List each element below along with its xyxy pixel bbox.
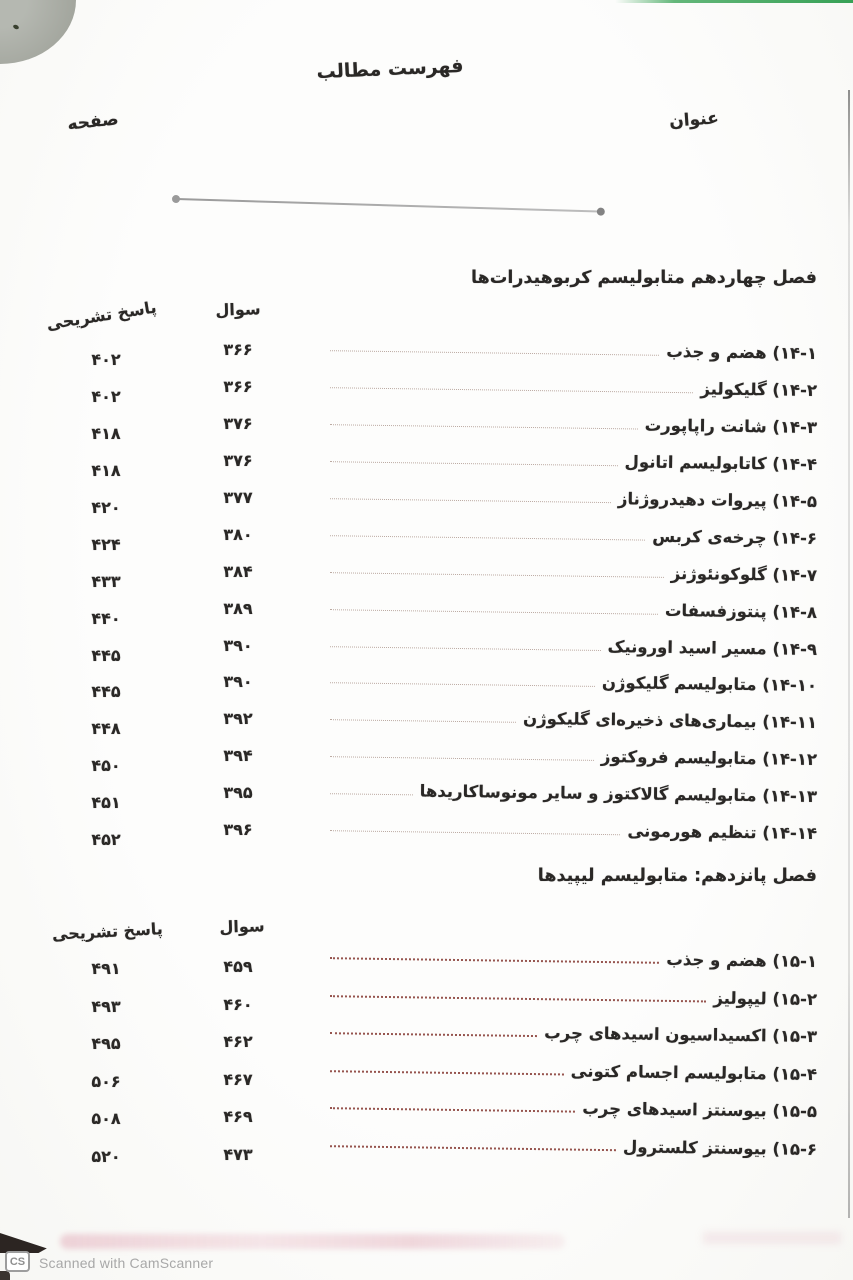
question-page-number: ۳۶۶ bbox=[206, 340, 270, 359]
toc-entry: ۴۴۵ ۳۹۰ ۱۴-۹) مسیر اسید اورونیک bbox=[0, 636, 853, 670]
scan-pink-smudge bbox=[60, 1234, 565, 1249]
leader-line bbox=[330, 535, 645, 540]
leader-line bbox=[330, 957, 659, 964]
answer-page-number: ۴۴۵ bbox=[74, 682, 138, 701]
leader-line bbox=[330, 387, 693, 393]
entry-label: ۱۴-۷) گلوکونئوژنز bbox=[671, 564, 817, 585]
question-page-number: ۳۹۵ bbox=[206, 783, 270, 802]
question-column-header: سوال bbox=[208, 299, 269, 320]
entry-label: ۱۴-۱۳) متابولیسم گالاکتوز و سایر مونوساک… bbox=[420, 781, 818, 806]
scan-pink-smudge bbox=[703, 1232, 841, 1244]
question-page-number: ۴۶۰ bbox=[206, 995, 270, 1014]
entry-label: ۱۴-۸) پنتوزفسفات bbox=[665, 601, 817, 622]
leader-line bbox=[330, 756, 594, 761]
toc-entry: ۴۱۸ ۳۷۶ ۱۴-۳) شانت راپاپورت bbox=[0, 414, 853, 448]
entry-label: ۱۵-۴) متابولیسم اجسام کتونی bbox=[571, 1062, 818, 1084]
leader-line bbox=[330, 1107, 575, 1112]
toc-entry: ۴۲۴ ۳۸۰ ۱۴-۶) چرخه‌ی کربس bbox=[0, 525, 853, 559]
entry-label: ۱۵-۲) لیپولیز bbox=[713, 989, 817, 1009]
entry-label: ۱۴-۱) هضم و جذب bbox=[666, 342, 817, 363]
answer-page-number: ۴۴۰ bbox=[74, 609, 138, 628]
entry-line: ۱۴-۱۴) تنظیم هورمونی bbox=[330, 817, 817, 843]
toc-entry: ۴۲۰ ۳۷۷ ۱۴-۵) پیروات دهیدروژناز bbox=[0, 488, 853, 522]
scan-corner-shadow bbox=[0, 0, 76, 64]
answer-page-number: ۴۴۵ bbox=[74, 646, 138, 665]
toc-entry: ۴۰۲ ۳۶۶ ۱۴-۲) گلیکولیز bbox=[0, 377, 853, 411]
toc-entry: ۴۳۳ ۳۸۴ ۱۴-۷) گلوکونئوژنز bbox=[0, 562, 853, 596]
question-page-number: ۴۶۷ bbox=[206, 1070, 270, 1089]
leader-line bbox=[330, 1032, 537, 1037]
leader-line bbox=[330, 498, 611, 503]
scanned-page: فهرست مطالب عنوان صفحه فصل چهاردهم متابو… bbox=[0, 0, 853, 1280]
answer-page-number: ۴۰۲ bbox=[74, 350, 138, 369]
leader-line bbox=[330, 830, 620, 835]
question-page-number: ۳۸۰ bbox=[206, 525, 270, 544]
leader-line bbox=[330, 572, 664, 578]
question-page-number: ۳۷۷ bbox=[206, 488, 270, 507]
answer-page-number: ۴۱۸ bbox=[74, 461, 138, 480]
answer-page-number: ۴۵۲ bbox=[74, 830, 138, 849]
leader-line bbox=[330, 1070, 564, 1075]
question-page-number: ۳۸۴ bbox=[206, 562, 270, 581]
answer-page-number: ۵۲۰ bbox=[74, 1147, 138, 1166]
entry-line: ۱۴-۱۳) متابولیسم گالاکتوز و سایر مونوساک… bbox=[330, 780, 817, 806]
answer-page-number: ۴۵۱ bbox=[74, 793, 138, 812]
entry-line: ۱۴-۲) گلیکولیز bbox=[330, 374, 817, 400]
entry-label: ۱۴-۶) چرخه‌ی کربس bbox=[652, 527, 817, 548]
question-page-number: ۳۹۲ bbox=[206, 709, 270, 728]
answer-page-number: ۴۱۸ bbox=[74, 424, 138, 443]
entry-label: ۱۴-۹) مسیر اسید اورونیک bbox=[607, 637, 817, 659]
title-column-header: عنوان bbox=[657, 108, 730, 133]
answer-page-number: ۴۰۲ bbox=[74, 387, 138, 406]
entry-line: ۱۵-۱) هضم و جذب bbox=[330, 945, 817, 971]
leader-line bbox=[330, 719, 516, 723]
entry-line: ۱۴-۶) چرخه‌ی کربس bbox=[330, 522, 817, 548]
question-page-number: ۴۷۳ bbox=[206, 1145, 270, 1164]
entry-line: ۱۴-۱۲) متابولیسم فروکتوز bbox=[330, 743, 817, 769]
leader-line bbox=[330, 609, 658, 615]
entry-line: ۱۴-۹) مسیر اسید اورونیک bbox=[330, 633, 817, 659]
entry-label: ۱۴-۱۰) متابولیسم گلیکوژن bbox=[602, 673, 817, 695]
toc-entry: ۴۵۲ ۳۹۶ ۱۴-۱۴) تنظیم هورمونی bbox=[0, 820, 853, 854]
toc-entry: ۴۴۰ ۳۸۹ ۱۴-۸) پنتوزفسفات bbox=[0, 599, 853, 633]
leader-line bbox=[330, 350, 659, 356]
answer-page-number: ۴۲۰ bbox=[74, 498, 138, 517]
leader-line bbox=[330, 646, 601, 651]
entry-line: ۱۴-۱) هضم و جذب bbox=[330, 337, 817, 363]
question-page-number: ۳۷۶ bbox=[206, 451, 270, 470]
question-page-number: ۳۹۰ bbox=[206, 636, 270, 655]
leader-line bbox=[330, 995, 706, 1002]
entry-line: ۱۴-۱۱) بیماری‌های ذخیره‌ای گلیکوژن bbox=[330, 706, 817, 732]
question-page-number: ۴۵۹ bbox=[206, 957, 270, 976]
answer-page-number: ۵۰۸ bbox=[74, 1109, 138, 1128]
toc-entry: ۴۴۵ ۳۹۰ ۱۴-۱۰) متابولیسم گلیکوژن bbox=[0, 672, 853, 706]
camscanner-watermark: Scanned with CamScanner bbox=[39, 1255, 213, 1271]
page-curl-shadow bbox=[0, 1232, 52, 1253]
entry-line: ۱۴-۴) کاتابولیسم اتانول bbox=[330, 448, 817, 474]
entry-label: ۱۵-۱) هضم و جذب bbox=[666, 950, 817, 971]
entry-label: ۱۴-۵) پیروات دهیدروژناز bbox=[618, 489, 817, 511]
scan-edge-green-line bbox=[615, 0, 853, 3]
entry-line: ۱۴-۱۰) متابولیسم گلیکوژن bbox=[330, 669, 817, 695]
entry-label: ۱۴-۲) گلیکولیز bbox=[700, 379, 817, 400]
answer-page-number: ۴۹۱ bbox=[74, 959, 138, 978]
answer-column-header: پاسخ تشریحی bbox=[52, 919, 164, 944]
leader-line bbox=[330, 682, 595, 687]
toc-entry: ۵۲۰ ۴۷۳ ۱۵-۶) بیوسنتز کلسترول bbox=[0, 1145, 853, 1179]
answer-page-number: ۴۲۴ bbox=[74, 535, 138, 554]
chapter-14-heading: فصل چهاردهم متابولیسم کربوهیدرات‌ها bbox=[471, 268, 817, 288]
header-divider-line bbox=[176, 198, 600, 213]
question-page-number: ۳۷۶ bbox=[206, 414, 270, 433]
entry-line: ۱۴-۳) شانت راپاپورت bbox=[330, 411, 817, 437]
leader-line bbox=[330, 461, 618, 466]
toc-entry: ۴۵۰ ۳۹۴ ۱۴-۱۲) متابولیسم فروکتوز bbox=[0, 746, 853, 780]
chapter-15-heading: فصل پانزدهم: متابولیسم لیپیدها bbox=[538, 866, 817, 886]
entry-line: ۱۴-۸) پنتوزفسفات bbox=[330, 596, 817, 622]
question-page-number: ۳۶۶ bbox=[206, 377, 270, 396]
page-column-header: صفحه bbox=[55, 108, 131, 136]
question-page-number: ۳۹۴ bbox=[206, 746, 270, 765]
answer-page-number: ۴۳۳ bbox=[74, 572, 138, 591]
leader-line bbox=[330, 793, 413, 795]
entry-line: ۱۴-۷) گلوکونئوژنز bbox=[330, 559, 817, 585]
scan-corner-mark bbox=[0, 1271, 10, 1280]
answer-column-header: پاسخ تشریحی bbox=[45, 297, 157, 333]
question-page-number: ۴۶۲ bbox=[206, 1032, 270, 1051]
question-page-number: ۳۸۹ bbox=[206, 599, 270, 618]
answer-page-number: ۴۴۸ bbox=[74, 719, 138, 738]
entry-label: ۱۴-۱۱) بیماری‌های ذخیره‌ای گلیکوژن bbox=[523, 709, 817, 732]
entry-label: ۱۴-۳) شانت راپاپورت bbox=[645, 416, 818, 437]
question-page-number: ۳۹۶ bbox=[206, 820, 270, 839]
question-page-number: ۳۹۰ bbox=[206, 672, 270, 691]
question-column-header: سوال bbox=[212, 916, 273, 937]
entry-label: ۱۴-۴) کاتابولیسم اتانول bbox=[624, 452, 817, 474]
entry-label: ۱۵-۶) بیوسنتز کلسترول bbox=[623, 1137, 817, 1159]
entry-label: ۱۵-۵) بیوسنتز اسیدهای چرب bbox=[582, 1099, 817, 1121]
toc-entry: ۴۰۲ ۳۶۶ ۱۴-۱) هضم و جذب bbox=[0, 340, 853, 374]
question-page-number: ۴۶۹ bbox=[206, 1107, 270, 1126]
entry-label: ۱۵-۳) اکسیداسیون اسیدهای چرب bbox=[544, 1023, 817, 1046]
entry-label: ۱۴-۱۴) تنظیم هورمونی bbox=[627, 821, 817, 843]
entry-line: ۱۴-۵) پیروات دهیدروژناز bbox=[330, 485, 817, 511]
answer-page-number: ۴۹۵ bbox=[74, 1034, 138, 1053]
toc-entry: ۴۱۸ ۳۷۶ ۱۴-۴) کاتابولیسم اتانول bbox=[0, 451, 853, 485]
leader-line bbox=[330, 424, 638, 429]
toc-entry: ۴۵۱ ۳۹۵ ۱۴-۱۳) متابولیسم گالاکتوز و سایر… bbox=[0, 783, 853, 817]
answer-page-number: ۵۰۶ bbox=[74, 1072, 138, 1091]
toc-entry: ۴۴۸ ۳۹۲ ۱۴-۱۱) بیماری‌های ذخیره‌ای گلیکو… bbox=[0, 709, 853, 743]
leader-line bbox=[330, 1145, 616, 1151]
answer-page-number: ۴۵۰ bbox=[74, 756, 138, 775]
camscanner-logo-icon: CS bbox=[5, 1251, 30, 1272]
answer-page-number: ۴۹۳ bbox=[74, 997, 138, 1016]
entry-label: ۱۴-۱۲) متابولیسم فروکتوز bbox=[601, 747, 817, 769]
page-title: فهرست مطالب bbox=[306, 54, 475, 83]
